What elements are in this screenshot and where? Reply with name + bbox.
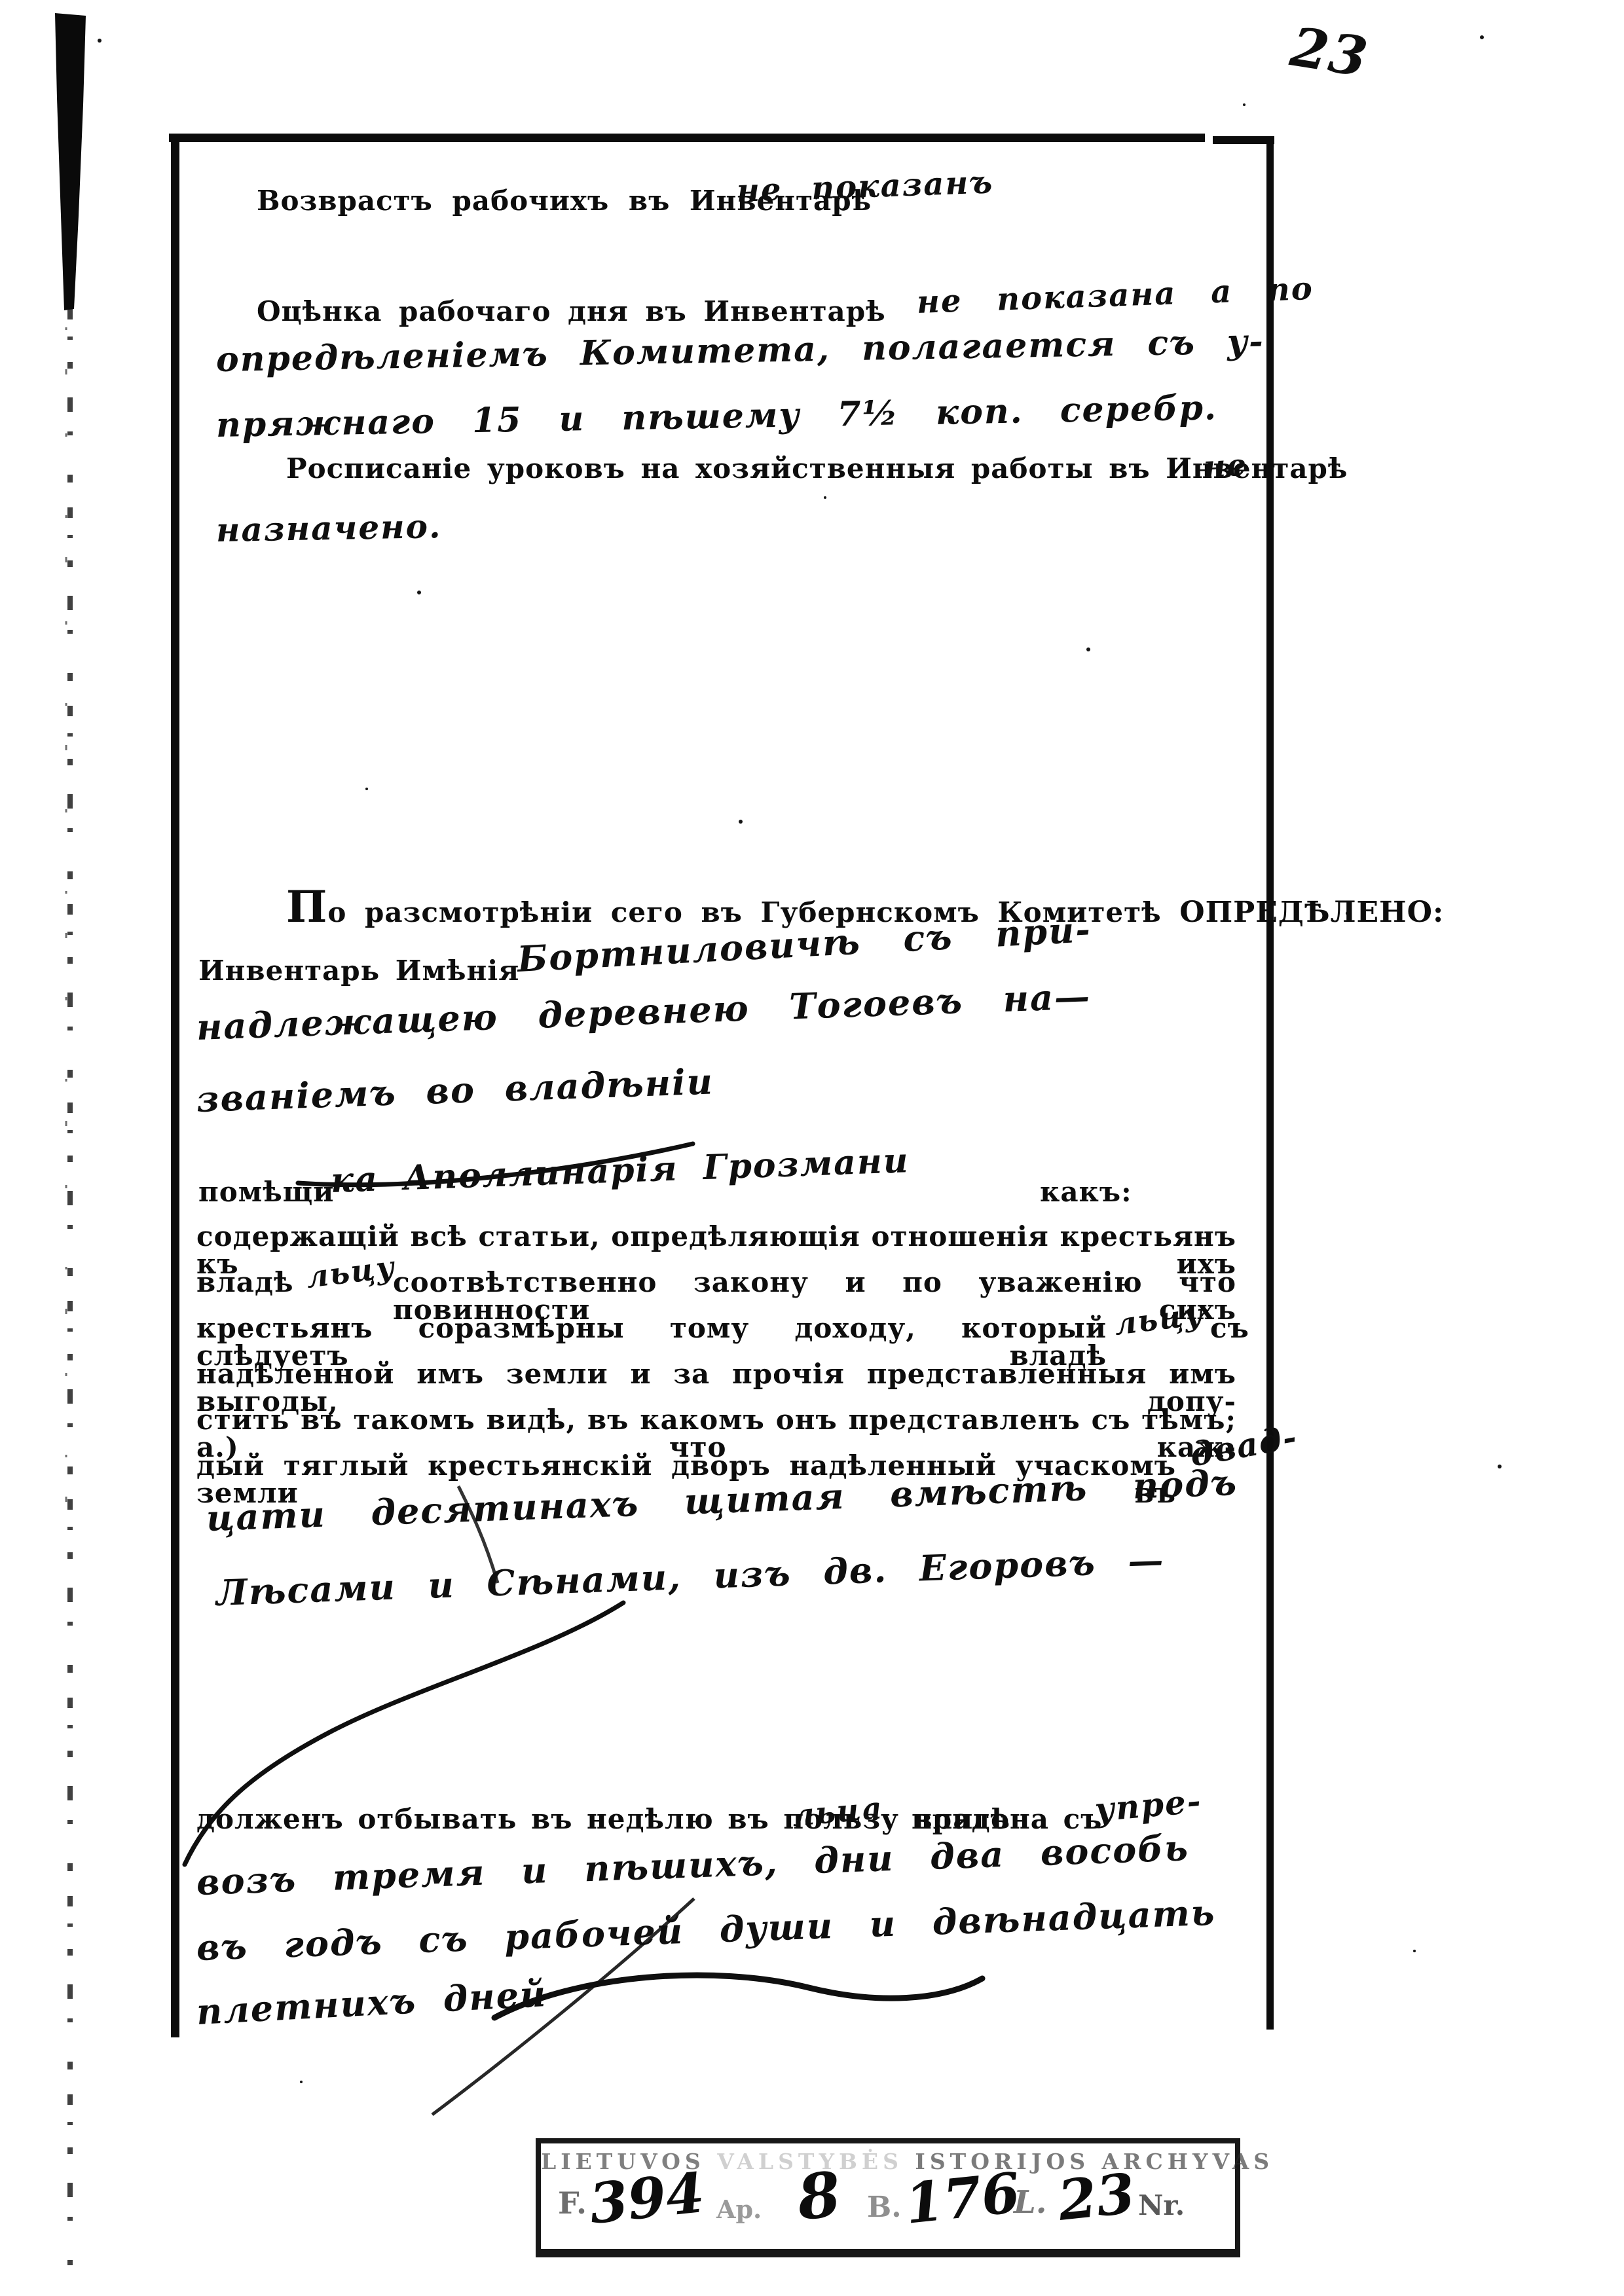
stamp-byla-value: 176 — [902, 2160, 1023, 2236]
estate-label: Инвентарь Имѣнія — [198, 957, 519, 985]
frame-left-border — [171, 134, 179, 2037]
page-number: 23 — [1287, 20, 1372, 85]
stamp-apyrasas-value: 8 — [794, 2159, 844, 2234]
body-line-3-suffix: съ — [1210, 1315, 1249, 1342]
duty-mid: пригона съ — [912, 1806, 1102, 1833]
kak-word: какъ: — [1040, 1178, 1132, 1206]
heading-schedule-handwriting-2: назначено. — [216, 510, 442, 547]
archive-stamp: LIETUVOS VALSTYBĖS ISTORIJOS ARCHYVAS F.… — [536, 2138, 1240, 2257]
stamp-lapas-value: 23 — [1055, 2160, 1138, 2233]
heading-schedule-handwriting-1: не — [1203, 450, 1248, 482]
duty-handwriting-1: льца — [791, 1793, 884, 1831]
heading-value: Оцѣнка рабочаго дня въ Инвентарѣ — [257, 298, 886, 325]
heading-age-handwriting: не показанъ — [736, 166, 994, 207]
heading-schedule: Росписаніе уроковъ на хозяйственныя рабо… — [286, 455, 1348, 483]
body-line-2-prefix: владѣ — [196, 1269, 294, 1296]
binding-edge — [55, 13, 86, 310]
stamp-fond-label: F. — [558, 2185, 587, 2221]
stamp-byla-label: B. — [867, 2191, 902, 2224]
flourish-final — [494, 1975, 982, 2018]
scanned-document-page: 23 Возврастъ рабочихъ въ Инвентарѣ не по… — [0, 0, 1624, 2296]
determined-word: ОПРЕДѢЛЕНО: — [1179, 896, 1444, 929]
drop-cap: П — [286, 881, 327, 932]
duty-handwriting-2: упре- — [1094, 1785, 1204, 1827]
frame-top-border-2 — [1213, 136, 1274, 144]
stamp-lapas-label: L. — [1014, 2184, 1046, 2221]
stamp-fond-value: 394 — [586, 2160, 707, 2236]
frame-top-border — [169, 134, 1205, 142]
frame-right-border — [1266, 139, 1274, 2030]
duty-prefix: долженъ отбывать въ недѣлю въ пользу вла… — [196, 1806, 1010, 1833]
landlord-prefix: помѣщи — [198, 1178, 334, 1206]
stamp-apyrasas-label: Ap. — [716, 2195, 762, 2224]
stamp-nr-label: Nr. — [1138, 2189, 1185, 2221]
